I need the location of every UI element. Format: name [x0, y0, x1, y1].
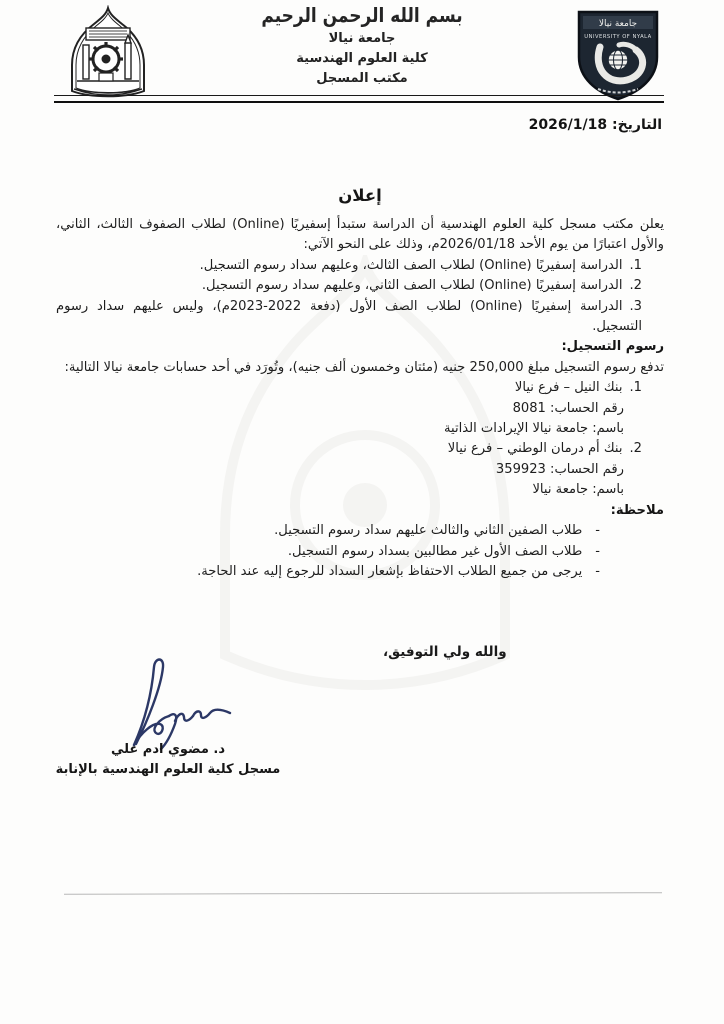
bank-name-row: 2.بنك أم درمان الوطني – فرع نيالا — [56, 439, 664, 459]
fees-paragraph: تدفع رسوم التسجيل مبلغ 250,000 جنيه (مئت… — [56, 358, 664, 378]
closing-phrase: والله ولي التوفيق، — [383, 644, 507, 660]
bank-item-1: 1.بنك النيل – فرع نيالا رقم الحساب: 8081… — [56, 378, 664, 439]
list-item-2: 2.الدراسة إسفيريًا (Online) لطلاب الصف ا… — [56, 276, 664, 296]
note-text: طلاب الصفين الثاني والثالث عليهم سداد رس… — [274, 523, 582, 538]
list-number: 2. — [629, 439, 642, 459]
bismillah-calligraphy: بسم الله الرحمن الرحيم — [261, 5, 462, 28]
bank-name: بنك أم درمان الوطني – فرع نيالا — [448, 441, 623, 456]
header-divider — [54, 95, 664, 103]
list-item-3: 3.الدراسة إسفيريًا (Online) لطلاب الصف ا… — [56, 297, 664, 338]
note-item-1: -طلاب الصفين الثاني والثالث عليهم سداد ر… — [56, 521, 664, 541]
note-item-2: -طلاب الصف الأول غير مطالبين بسداد رسوم … — [56, 542, 664, 562]
list-number: 3. — [629, 297, 642, 317]
signatory-name: د. مضوي ادم علي — [44, 740, 292, 760]
bank-name-row: 1.بنك النيل – فرع نيالا — [56, 378, 664, 398]
list-item-text: الدراسة إسفيريًا (Online) لطلاب الصف الث… — [200, 258, 623, 273]
announcement-body: يعلن مكتب مسجل كلية العلوم الهندسية أن ا… — [56, 215, 664, 582]
dash-bullet: - — [595, 562, 600, 582]
signatory-title: مسجل كلية العلوم الهندسية بالإنابة — [44, 760, 292, 780]
dash-bullet: - — [595, 542, 600, 562]
date-line: التاريخ: 2026/1/18 — [529, 117, 662, 133]
handwritten-signature — [120, 650, 240, 750]
bank-account-holder: باسم: جامعة نيالا الإيرادات الذاتية — [56, 419, 664, 439]
bank-item-2: 2.بنك أم درمان الوطني – فرع نيالا رقم ال… — [56, 439, 664, 500]
scanned-announcement-page: بسم الله الرحمن الرحيم جامعة نيالا كلية … — [0, 0, 724, 1024]
fees-heading: رسوم التسجيل: — [56, 337, 664, 357]
scan-fold-line — [64, 892, 662, 895]
bank-account-holder: باسم: جامعة نيالا — [56, 480, 664, 500]
list-item-1: 1.الدراسة إسفيريًا (Online) لطلاب الصف ا… — [56, 256, 664, 276]
svg-text:UNIVERSITY OF NYALA: UNIVERSITY OF NYALA — [584, 34, 651, 40]
note-text: طلاب الصف الأول غير مطالبين بسداد رسوم ا… — [288, 544, 582, 559]
list-item-text: الدراسة إسفيريًا (Online) لطلاب الصف الأ… — [56, 299, 642, 334]
announcement-title: إعلان — [0, 186, 720, 205]
bank-account-number: رقم الحساب: 359923 — [56, 460, 664, 480]
intro-paragraph: يعلن مكتب مسجل كلية العلوم الهندسية أن ا… — [56, 215, 664, 256]
list-number: 1. — [629, 256, 642, 276]
note-item-3: -يرجى من جميع الطلاب الاحتفاظ بإشعار الس… — [56, 562, 664, 582]
dash-bullet: - — [595, 521, 600, 541]
note-text: يرجى من جميع الطلاب الاحتفاظ بإشعار السد… — [197, 564, 582, 579]
list-number: 1. — [629, 378, 642, 398]
signatory-block: د. مضوي ادم علي مسجل كلية العلوم الهندسي… — [44, 740, 292, 780]
list-number: 2. — [629, 276, 642, 296]
university-shield-logo-icon: جامعة نيالا UNIVERSITY OF NYALA — [570, 7, 666, 103]
bank-account-number: رقم الحساب: 8081 — [56, 399, 664, 419]
bank-name: بنك النيل – فرع نيالا — [515, 380, 623, 395]
list-item-text: الدراسة إسفيريًا (Online) لطلاب الصف الث… — [202, 278, 623, 293]
svg-text:جامعة نيالا: جامعة نيالا — [599, 19, 637, 29]
note-heading: ملاحظة: — [56, 501, 664, 521]
